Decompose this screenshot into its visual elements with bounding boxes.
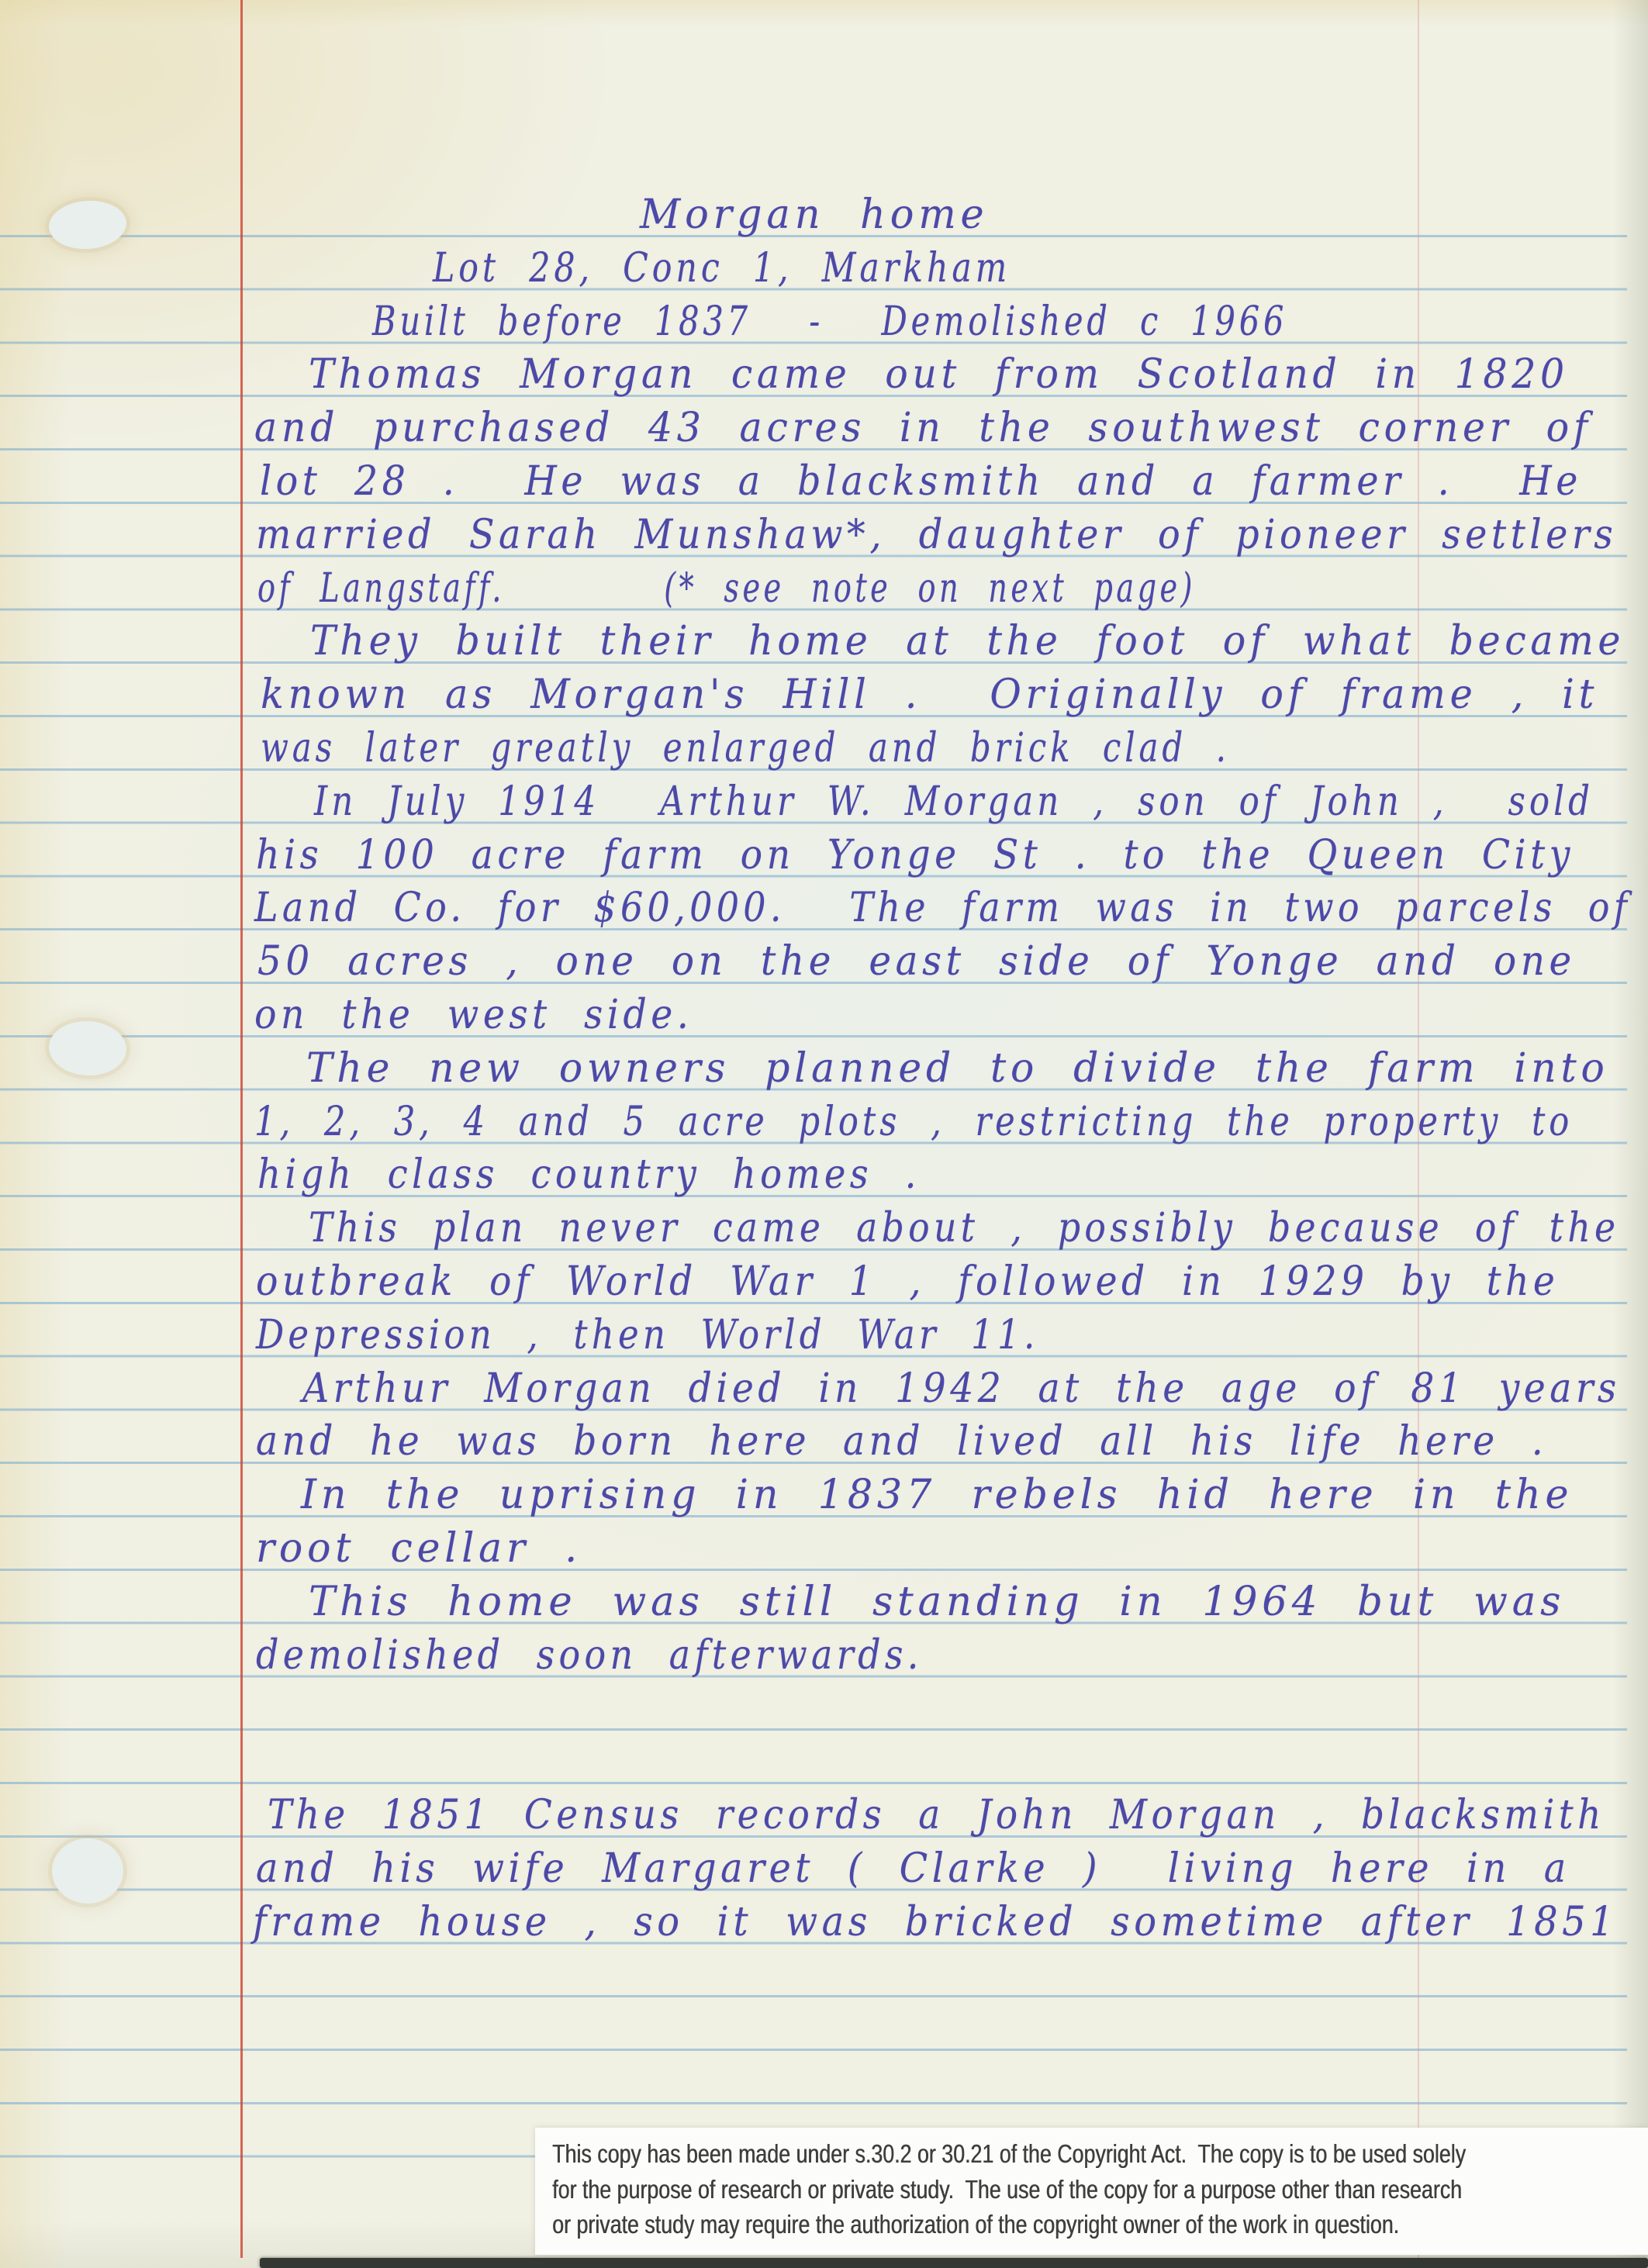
handwritten-line: frame house , so it was bricked sometime… bbox=[253, 1901, 1618, 1944]
scanned-page: Morgan homeLot 28, Conc 1, MarkhamBuilt … bbox=[0, 0, 1648, 2268]
handwritten-line: root cellar . bbox=[256, 1528, 582, 1570]
handwritten-line: Lot 28, Conc 1, Markham bbox=[433, 247, 1011, 290]
handwritten-line: The 1851 Census records a John Morgan , … bbox=[268, 1794, 1605, 1837]
handwritten-line: Land Co. for $60,000. The farm was in tw… bbox=[254, 887, 1631, 930]
copyright-notice-line: This copy has been made under s.30.2 or … bbox=[552, 2137, 1429, 2173]
handwritten-line: Thomas Morgan came out from Scotland in … bbox=[309, 354, 1569, 396]
handwritten-line: Morgan home bbox=[640, 194, 989, 236]
handwritten-line: on the west side. bbox=[254, 994, 693, 1037]
handwritten-line: and his wife Margaret ( Clarke ) living … bbox=[256, 1848, 1570, 1890]
handwritten-line: high class country homes . bbox=[257, 1154, 921, 1196]
handwritten-line: his 100 acre farm on Yonge St . to the Q… bbox=[256, 834, 1574, 877]
handwritten-line: This plan never came about , possibly be… bbox=[309, 1207, 1619, 1250]
copyright-notice: This copy has been made under s.30.2 or … bbox=[535, 2128, 1648, 2255]
scan-bottom-edge bbox=[260, 2258, 1648, 2268]
handwritten-line: Arthur Morgan died in 1942 at the age of… bbox=[302, 1368, 1621, 1410]
handwritten-line: In July 1914 Arthur W. Morgan , son of J… bbox=[314, 781, 1594, 823]
handwritten-line: They built their home at the foot of wha… bbox=[310, 620, 1625, 663]
handwritten-line: 50 acres , one on the east side of Yonge… bbox=[257, 941, 1576, 983]
handwritten-line: known as Morgan's Hill . Originally of f… bbox=[261, 674, 1598, 716]
handwritten-text: Morgan homeLot 28, Conc 1, MarkhamBuilt … bbox=[0, 0, 1648, 2268]
handwritten-line: This home was still standing in 1964 but… bbox=[309, 1581, 1565, 1624]
copyright-notice-line: or private study may require the authori… bbox=[552, 2208, 1429, 2243]
handwritten-line: In the uprising in 1837 rebels hid here … bbox=[301, 1474, 1573, 1517]
handwritten-line: Depression , then World War 11. bbox=[256, 1314, 1039, 1357]
handwritten-line: The new owners planned to divide the far… bbox=[306, 1048, 1609, 1090]
handwritten-line: 1, 2, 3, 4 and 5 acre plots , restrictin… bbox=[254, 1101, 1573, 1144]
handwritten-line: Built before 1837 - Demolished c 1966 bbox=[372, 301, 1287, 343]
handwritten-line: outbreak of World War 1 , followed in 19… bbox=[256, 1261, 1559, 1303]
handwritten-line: and purchased 43 acres in the southwest … bbox=[254, 407, 1592, 450]
handwritten-line: was later greatly enlarged and brick cla… bbox=[261, 727, 1230, 770]
handwritten-line: and he was born here and lived all his l… bbox=[256, 1421, 1547, 1463]
handwritten-line: of Langstaff. (* see note on next page) bbox=[257, 568, 1196, 610]
copyright-notice-line: for the purpose of research or private s… bbox=[552, 2173, 1429, 2208]
handwritten-line: lot 28 . He was a blacksmith and a farme… bbox=[260, 461, 1582, 503]
copyright-notice-text: This copy has been made under s.30.2 or … bbox=[535, 2128, 1648, 2243]
handwritten-line: married Sarah Munshaw*, daughter of pion… bbox=[256, 514, 1617, 557]
handwritten-line: demolished soon afterwards. bbox=[256, 1635, 923, 1677]
